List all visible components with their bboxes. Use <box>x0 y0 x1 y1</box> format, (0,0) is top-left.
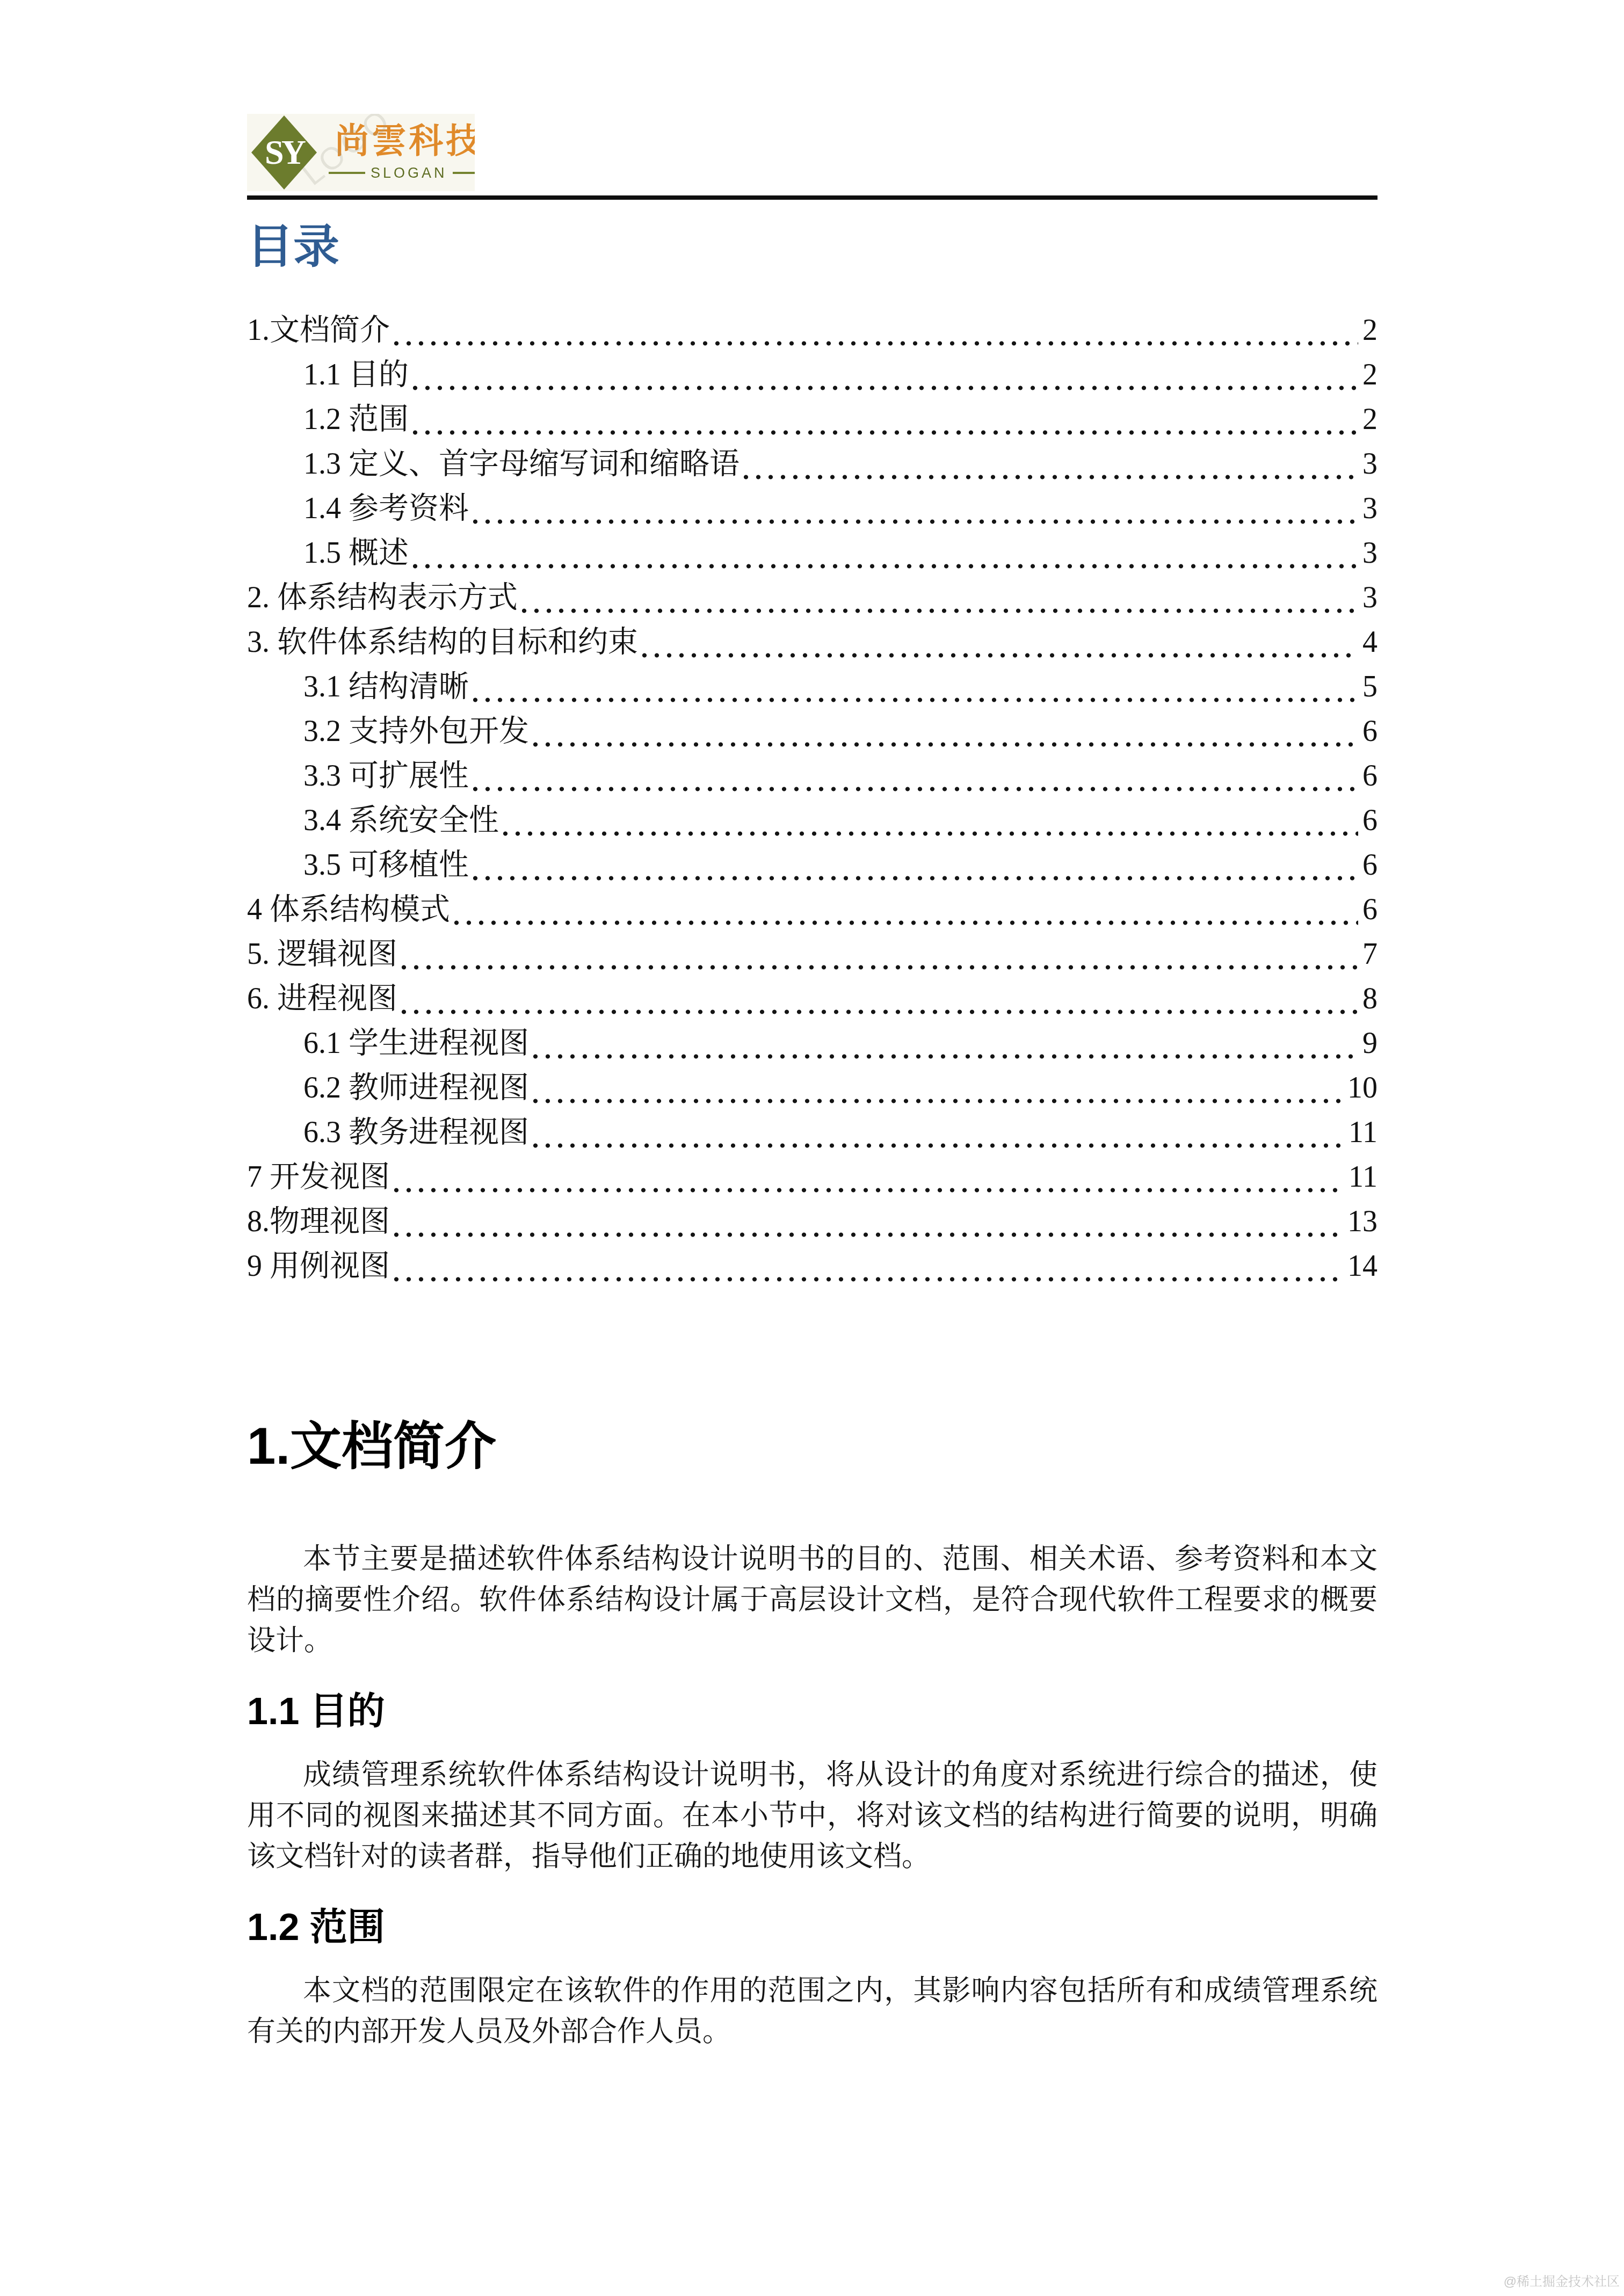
toc-entry[interactable]: 6.3 教务进程视图 11 <box>247 1110 1378 1155</box>
toc-dot-leader <box>500 798 1361 843</box>
toc-entry-label: 8.物理视图 <box>247 1200 390 1244</box>
toc-dot-leader <box>530 1021 1361 1066</box>
toc-entry-page-number: 6 <box>1362 798 1378 843</box>
toc-dot-leader <box>398 932 1361 977</box>
toc-entry[interactable]: 1.文档简介 2 <box>247 308 1378 353</box>
toc-entry-page-number: 7 <box>1362 932 1378 977</box>
toc-entry-page-number: 4 <box>1362 620 1378 665</box>
toc-entry-page-number: 3 <box>1362 486 1378 531</box>
toc-entry-label: 3. 软件体系结构的目标和约束 <box>247 620 638 665</box>
toc-entry-page-number: 3 <box>1362 531 1378 576</box>
toc-dot-leader <box>470 665 1361 709</box>
toc-dot-leader <box>530 1110 1347 1155</box>
toc-dot-leader <box>530 709 1361 754</box>
header-divider <box>247 195 1378 200</box>
toc-entry[interactable]: 6.2 教师进程视图 10 <box>247 1066 1378 1110</box>
toc-dot-leader <box>391 308 1361 353</box>
toc-entry[interactable]: 1.4 参考资料 3 <box>247 486 1378 531</box>
toc-entry-page-number: 6 <box>1362 709 1378 754</box>
toc-entry-label: 6.1 学生进程视图 <box>303 1021 529 1066</box>
toc-entry-page-number: 6 <box>1362 843 1378 888</box>
toc-entry-label: 9 用例视图 <box>247 1244 390 1289</box>
toc-entry-label: 1.2 范围 <box>303 397 409 442</box>
toc-entry-page-number: 13 <box>1347 1200 1378 1244</box>
toc-entry-page-number: 11 <box>1349 1155 1378 1200</box>
toc-entry-label: 1.1 目的 <box>303 353 409 397</box>
toc-entry-page-number: 8 <box>1362 977 1378 1021</box>
toc-entry[interactable]: 1.5 概述 3 <box>247 531 1378 576</box>
logo-text-block: 尚雲科技 SLOGAN <box>329 124 475 181</box>
toc-title: 目录 <box>247 221 1378 273</box>
company-name: 尚雲科技 <box>335 124 475 158</box>
toc-entry[interactable]: 4 体系结构模式 6 <box>247 888 1378 932</box>
toc-entry-page-number: 2 <box>1362 397 1378 442</box>
toc-entry[interactable]: 1.3 定义、首字母缩写词和缩略语 3 <box>247 442 1378 486</box>
slogan-right-dash <box>453 172 475 174</box>
toc-entry[interactable]: 2. 体系结构表示方式 3 <box>247 576 1378 620</box>
toc-entry-label: 1.文档简介 <box>247 308 390 353</box>
logo-diamond-icon: SY <box>251 115 317 190</box>
toc-entry[interactable]: 5. 逻辑视图 7 <box>247 932 1378 977</box>
toc-entry-label: 5. 逻辑视图 <box>247 932 397 977</box>
section-heading: 1.文档简介 <box>247 1418 1378 1476</box>
toc-entry-label: 3.5 可移植性 <box>303 843 469 888</box>
document-body: 1.文档简介 本节主要是描述软件体系结构设计说明书的目的、范围、相关术语、参考资… <box>247 1418 1378 2052</box>
toc-entry-label: 6.3 教务进程视图 <box>303 1110 529 1155</box>
toc-entry-label: 6.2 教师进程视图 <box>303 1066 529 1110</box>
toc-entry-page-number: 14 <box>1347 1244 1378 1289</box>
toc-dot-leader <box>639 620 1361 665</box>
toc-entry-label: 7 开发视图 <box>247 1155 390 1200</box>
toc-dot-leader <box>398 977 1361 1021</box>
toc-entry[interactable]: 3.1 结构清晰 5 <box>247 665 1378 709</box>
toc-entry-label: 1.3 定义、首字母缩写词和缩略语 <box>303 442 740 486</box>
toc-dot-leader <box>470 843 1361 888</box>
toc-entry-page-number: 2 <box>1362 353 1378 397</box>
toc-dot-leader <box>391 1244 1346 1289</box>
slogan-left-dash <box>329 172 365 174</box>
toc-entry-page-number: 11 <box>1349 1110 1378 1155</box>
toc-entry-page-number: 9 <box>1362 1021 1378 1066</box>
site-watermark: @稀土掘金技术社区 <box>1504 2271 1620 2290</box>
toc-entry-page-number: 10 <box>1347 1066 1378 1110</box>
toc-entry[interactable]: 3. 软件体系结构的目标和约束 4 <box>247 620 1378 665</box>
toc-entry[interactable]: 3.5 可移植性 6 <box>247 843 1378 888</box>
toc-entry-page-number: 5 <box>1362 665 1378 709</box>
toc-dot-leader <box>519 576 1361 620</box>
toc-dot-leader <box>410 397 1361 442</box>
body-paragraph: 本节主要是描述软件体系结构设计说明书的目的、范围、相关术语、参考资料和本文档的摘… <box>247 1539 1378 1661</box>
toc-dot-leader <box>741 442 1361 486</box>
toc-dot-leader <box>391 1155 1347 1200</box>
logo-slogan-row: SLOGAN <box>329 165 475 181</box>
toc-entry-page-number: 2 <box>1362 308 1378 353</box>
toc-entry[interactable]: 7 开发视图 11 <box>247 1155 1378 1200</box>
toc-entry[interactable]: 9 用例视图 14 <box>247 1244 1378 1289</box>
toc-entry-label: 3.2 支持外包开发 <box>303 709 529 754</box>
toc-dot-leader <box>530 1066 1346 1110</box>
toc-entry[interactable]: 3.2 支持外包开发 6 <box>247 709 1378 754</box>
toc-dot-leader <box>410 531 1361 576</box>
toc-dot-leader <box>410 353 1361 397</box>
toc-entry-label: 3.4 系统安全性 <box>303 798 499 843</box>
logo-slogan: SLOGAN <box>371 165 447 181</box>
toc-list: 1.文档简介 2 1.1 目的 2 1.2 范围 2 1.3 定义、首字母缩写词… <box>247 308 1378 1289</box>
document-section: 1.2 范围 本文档的范围限定在该软件的作用的范围之内，其影响内容包括所有和成绩… <box>247 1905 1378 2052</box>
toc-entry[interactable]: 3.4 系统安全性 6 <box>247 798 1378 843</box>
toc-entry-label: 6. 进程视图 <box>247 977 397 1021</box>
toc-dot-leader <box>470 486 1361 531</box>
toc-entry[interactable]: 3.3 可扩展性 6 <box>247 754 1378 798</box>
body-paragraph: 本文档的范围限定在该软件的作用的范围之内，其影响内容包括所有和成绩管理系统有关的… <box>247 1971 1378 2052</box>
document-section: 1.文档简介 本节主要是描述软件体系结构设计说明书的目的、范围、相关术语、参考资… <box>247 1418 1378 1661</box>
toc-entry[interactable]: 1.1 目的 2 <box>247 353 1378 397</box>
company-logo: LOGO SY 尚雲科技 SLOGAN <box>247 114 475 191</box>
toc-dot-leader <box>451 888 1361 932</box>
logo-monogram: SY <box>265 133 303 172</box>
toc-dot-leader <box>391 1200 1346 1244</box>
page-content: LOGO SY 尚雲科技 SLOGAN 目录 1.文档简介 2 1.1 目的 <box>247 0 1378 2052</box>
toc-entry-page-number: 3 <box>1362 442 1378 486</box>
document-page: LOGO SY 尚雲科技 SLOGAN 目录 1.文档简介 2 1.1 目的 <box>0 0 1624 2296</box>
document-section: 1.1 目的 成绩管理系统软件体系结构设计说明书，将从设计的角度对系统进行综合的… <box>247 1689 1378 1877</box>
toc-entry-label: 2. 体系结构表示方式 <box>247 576 518 620</box>
toc-entry-page-number: 6 <box>1362 754 1378 798</box>
toc-entry[interactable]: 1.2 范围 2 <box>247 397 1378 442</box>
body-paragraph: 成绩管理系统软件体系结构设计说明书，将从设计的角度对系统进行综合的描述，使用不同… <box>247 1755 1378 1877</box>
section-heading: 1.2 范围 <box>247 1905 1378 1949</box>
toc-entry[interactable]: 6.1 学生进程视图 9 <box>247 1021 1378 1066</box>
toc-entry-label: 4 体系结构模式 <box>247 888 450 932</box>
toc-entry-page-number: 3 <box>1362 576 1378 620</box>
toc-entry-page-number: 6 <box>1362 888 1378 932</box>
section-heading: 1.1 目的 <box>247 1689 1378 1733</box>
toc-entry[interactable]: 8.物理视图 13 <box>247 1200 1378 1244</box>
toc-dot-leader <box>470 754 1361 798</box>
toc-entry-label: 3.1 结构清晰 <box>303 665 469 709</box>
toc-entry[interactable]: 6. 进程视图 8 <box>247 977 1378 1021</box>
toc-entry-label: 1.4 参考资料 <box>303 486 469 531</box>
toc-entry-label: 1.5 概述 <box>303 531 409 576</box>
toc-entry-label: 3.3 可扩展性 <box>303 754 469 798</box>
